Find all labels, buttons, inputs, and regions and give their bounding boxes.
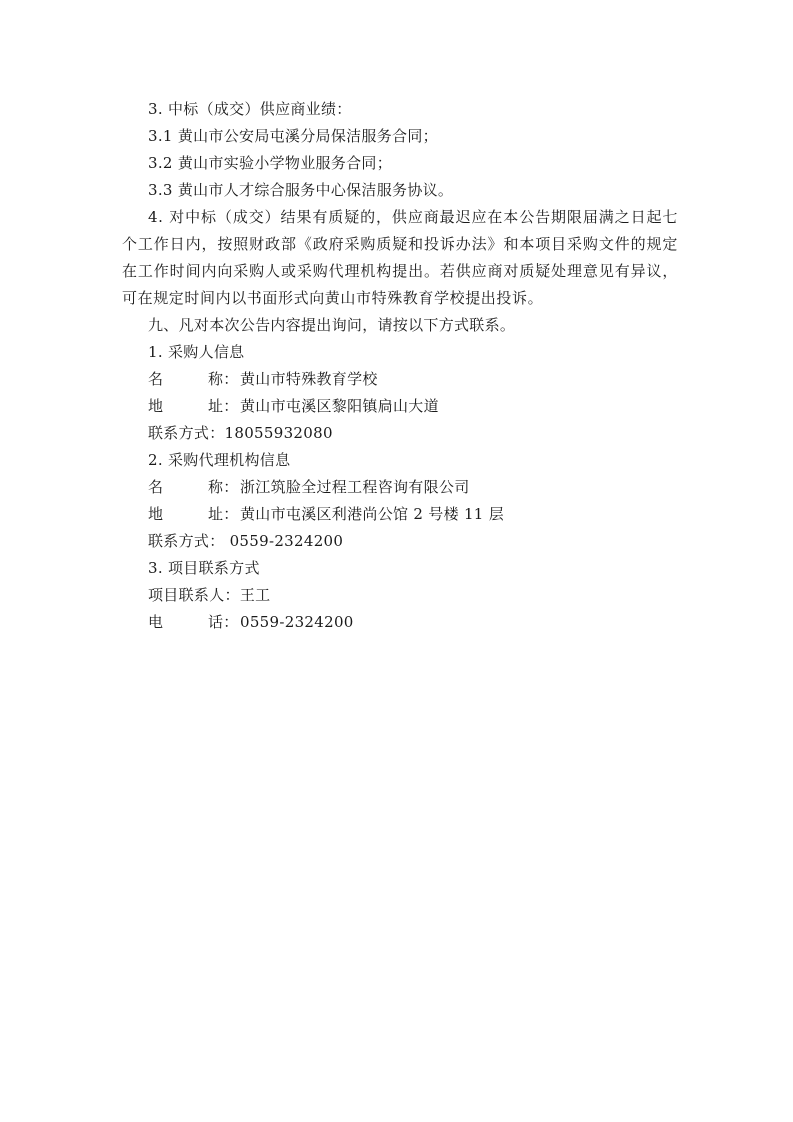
project-phone: 0559-2324200	[240, 613, 354, 631]
objection-paragraph: 4. 对中标（成交）结果有质疑的，供应商最迟应在本公告期限届满之日起七个工作日内…	[122, 204, 678, 312]
project-person: 王工	[240, 586, 271, 604]
purchaser-phone-row: 联系方式：18055932080	[122, 420, 678, 447]
purchaser-name: 黄山市特殊教育学校	[240, 370, 378, 388]
performance-item-3: 3.3 黄山市人才综合服务中心保洁服务协议。	[122, 177, 678, 204]
project-person-row: 项目联系人：王工	[122, 582, 678, 609]
purchaser-heading: 1. 采购人信息	[122, 339, 678, 366]
performance-item-1: 3.1 黄山市公安局屯溪分局保洁服务合同；	[122, 123, 678, 150]
purchaser-name-row: 名称：黄山市特殊教育学校	[122, 366, 678, 393]
agency-address-row: 地址：黄山市屯溪区利港尚公馆 2 号楼 11 层	[122, 501, 678, 528]
project-phone-label: 电话：	[148, 609, 240, 636]
purchaser-phone-label: 联系方式：	[148, 424, 225, 442]
purchaser-phone: 18055932080	[225, 424, 333, 442]
agency-name-row: 名称：浙江筑脸全过程工程咨询有限公司	[122, 474, 678, 501]
contact-heading: 九、凡对本次公告内容提出询问，请按以下方式联系。	[122, 312, 678, 339]
document-page: 3. 中标（成交）供应商业绩： 3.1 黄山市公安局屯溪分局保洁服务合同； 3.…	[122, 96, 678, 636]
agency-address: 黄山市屯溪区利港尚公馆 2 号楼 11 层	[240, 505, 504, 523]
purchaser-address: 黄山市屯溪区黎阳镇扃山大道	[240, 397, 439, 415]
agency-address-label: 地址：	[148, 501, 240, 528]
agency-phone-label: 联系方式：	[148, 532, 225, 550]
purchaser-name-label: 名称：	[148, 366, 240, 393]
purchaser-address-label: 地址：	[148, 393, 240, 420]
performance-heading: 3. 中标（成交）供应商业绩：	[122, 96, 678, 123]
project-person-label: 项目联系人：	[148, 586, 240, 604]
agency-phone-row: 联系方式： 0559-2324200	[122, 528, 678, 555]
performance-item-2: 3.2 黄山市实验小学物业服务合同；	[122, 150, 678, 177]
agency-name-label: 名称：	[148, 474, 240, 501]
agency-phone: 0559-2324200	[225, 532, 344, 550]
agency-heading: 2. 采购代理机构信息	[122, 447, 678, 474]
project-heading: 3. 项目联系方式	[122, 555, 678, 582]
agency-name: 浙江筑脸全过程工程咨询有限公司	[240, 478, 470, 496]
project-phone-row: 电话：0559-2324200	[122, 609, 678, 636]
purchaser-address-row: 地址：黄山市屯溪区黎阳镇扃山大道	[122, 393, 678, 420]
